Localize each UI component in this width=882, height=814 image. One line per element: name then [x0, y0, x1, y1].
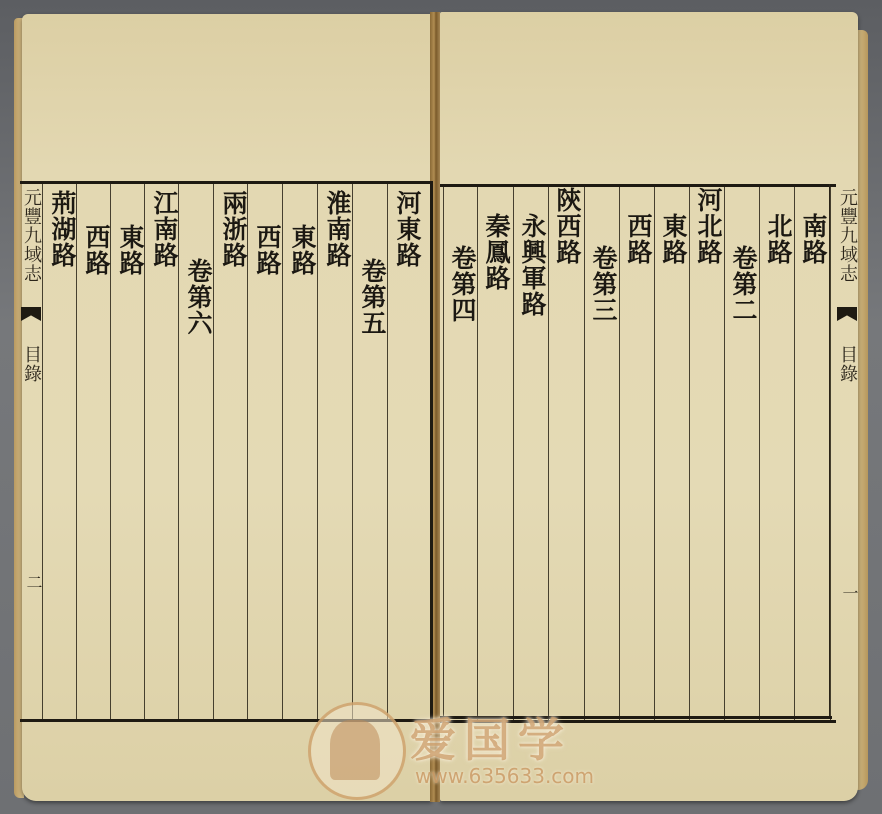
toc-entry: 北路	[761, 213, 795, 265]
column-rule	[513, 187, 514, 720]
column-rule	[654, 187, 655, 720]
toc-volume-heading: 卷第五	[355, 258, 389, 336]
watermark-url: www.635633.com	[415, 764, 594, 788]
left-margin-strip: 元豐九域志 目錄	[20, 188, 42, 383]
toc-entry: 江南路	[147, 190, 181, 268]
margin-section-title: 目錄	[21, 345, 42, 383]
toc-entry: 南路	[796, 213, 830, 265]
fish-tail-mark	[837, 307, 857, 321]
column-rule	[584, 187, 585, 720]
column-rule	[443, 187, 444, 720]
toc-entry: 西路	[250, 224, 284, 276]
toc-entry: 東路	[656, 213, 690, 265]
right-page-frame: 南路 北路 卷第二 河北路 東路 西路 卷第三 陝西路 永興軍路 秦鳳路 卷第四	[440, 184, 836, 723]
toc-entry: 河東路	[390, 190, 424, 268]
column-rule	[42, 184, 43, 719]
toc-volume-heading: 卷第四	[445, 245, 479, 323]
toc-entry: 兩浙路	[216, 190, 250, 268]
margin-book-title: 元豐九域志	[21, 188, 42, 283]
toc-volume-heading: 卷第二	[726, 245, 760, 323]
margin-section-title: 目錄	[837, 345, 858, 383]
margin-book-title: 元豐九域志	[837, 188, 858, 283]
toc-entry: 荊湖路	[45, 190, 79, 268]
column-rule	[794, 187, 795, 720]
column-rule	[724, 187, 725, 720]
right-margin-strip: 元豐九域志 目錄	[836, 188, 858, 383]
right-page-number: 一	[838, 585, 861, 601]
left-page-frame: 元豐九域志 目錄 二 河東路 卷第五 淮南路 東路 西路 兩浙路 卷第六 江南路…	[20, 181, 433, 722]
toc-entry: 陝西路	[550, 187, 584, 265]
toc-volume-heading: 卷第六	[181, 258, 215, 336]
toc-entry: 西路	[79, 224, 113, 276]
watermark-title: 爱国学	[410, 704, 572, 770]
toc-entry: 東路	[113, 224, 147, 276]
left-page-number: 二	[22, 574, 45, 590]
column-rule	[830, 187, 831, 720]
toc-entry: 河北路	[691, 187, 725, 265]
column-rule	[689, 187, 690, 720]
toc-entry: 秦鳳路	[479, 213, 513, 291]
toc-entry: 永興軍路	[515, 213, 549, 317]
scholar-reading-icon	[330, 720, 380, 780]
watermark: 爱国学 www.635633.com	[300, 690, 600, 800]
toc-entry: 淮南路	[320, 190, 354, 268]
toc-entry: 東路	[285, 224, 319, 276]
fish-tail-mark	[21, 307, 41, 321]
right-margin-rule	[829, 184, 830, 719]
toc-entry: 西路	[621, 213, 655, 265]
toc-volume-heading: 卷第三	[586, 245, 620, 323]
